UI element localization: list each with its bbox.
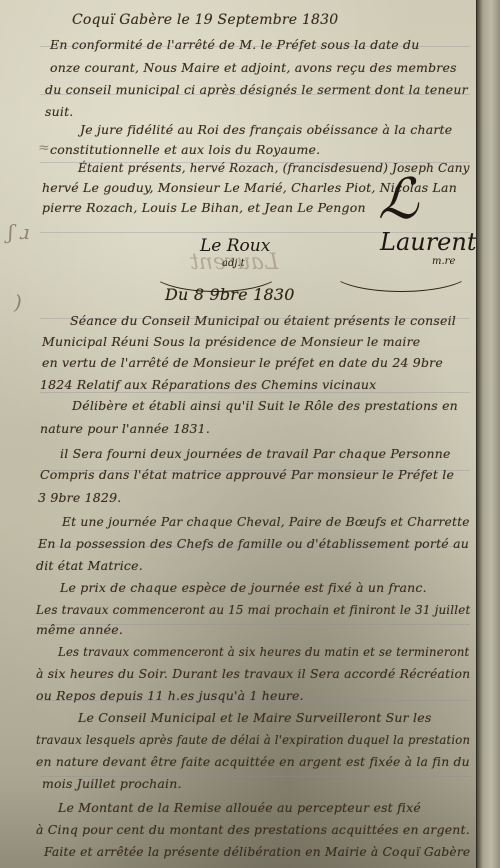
entry-1-line-7: constitutionnelle et aux lois du Royaume…	[50, 142, 320, 157]
entry-1-line-10: pierre Rozach, Louis Le Bihan, et Jean L…	[42, 200, 366, 215]
entry-1-line-4: du conseil municipal ci après désignés l…	[45, 82, 468, 97]
entry-1-line-1: Coquï Gabère le 19 Septembre 1830	[72, 12, 338, 28]
entry-2-line-23: Le Montant de la Remise allouée au perce…	[58, 800, 421, 815]
entry-2-line-10: Et une journée Par chaque Cheval, Paire …	[62, 514, 470, 529]
entry-2-line-17: à six heures du Soir. Durant les travaux…	[36, 666, 470, 681]
entry-2-line-22: mois Juillet prochain.	[42, 776, 182, 791]
entry-2-line-21: en nature devant être faite acquittée en…	[36, 754, 470, 769]
entry-2-line-1: Séance du Conseil Municipal ou étaient p…	[70, 313, 456, 328]
entry-2-line-19: Le Conseil Municipal et le Maire Surveil…	[78, 710, 431, 725]
entry-1-line-5: suit.	[45, 104, 73, 119]
register-page: Laurent ʃ ɹ ) ≈ Coquï Gabère le 19 Septe…	[0, 0, 478, 868]
entry-2-line-3: en vertu de l'arrêté de Monsieur le préf…	[42, 355, 443, 370]
entry-2-line-25: Faite et arrêtée la présente délibératio…	[44, 844, 470, 859]
margin-ink-mark: ≈	[38, 140, 50, 156]
entry-1-line-2: En conformité de l'arrêté de M. le Préfe…	[50, 37, 420, 52]
signature-flourish	[330, 250, 472, 292]
entry-2-line-2: Municipal Réuni Sous la présidence de Mo…	[42, 334, 420, 349]
entry-2-line-6: nature pour l'année 1831.	[40, 421, 210, 436]
entry-2-line-20: travaux lesquels après faute de délai à …	[36, 732, 470, 747]
entry-2-line-16: Les travaux commenceront à six heures du…	[58, 644, 469, 659]
entry-2-line-8: Compris dans l'état matrice approuvé Par…	[40, 467, 454, 482]
ruled-line	[40, 392, 470, 393]
entry-2-line-15: même année.	[36, 622, 123, 637]
entry-2-line-9: 3 9bre 1829.	[38, 490, 121, 505]
book-binding-gutter	[476, 0, 500, 868]
entry-2-line-11: En la possession des Chefs de famille ou…	[38, 536, 469, 551]
entry-2-line-4: 1824 Relatif aux Réparations des Chemins…	[40, 377, 376, 392]
signature-initial-l: ℒ	[378, 172, 418, 228]
entry-2-heading: Du 8 9bre 1830	[165, 285, 295, 304]
entry-2-line-5: Délibère et établi ainsi qu'il Suit le R…	[72, 398, 458, 413]
entry-2-line-13: Le prix de chaque espèce de journée est …	[60, 580, 427, 595]
entry-2-line-7: il Sera fourni deux journées de travail …	[60, 446, 451, 461]
entry-1-line-3: onze courant, Nous Maire et adjoint, avo…	[50, 60, 457, 75]
entry-1-line-6: Je jure fidélité au Roi des français obé…	[80, 122, 452, 137]
margin-ink-mark: )	[14, 290, 22, 314]
margin-ink-mark: ʃ ɹ	[8, 220, 30, 244]
entry-2-line-14: Les travaux commenceront au 15 mai proch…	[36, 602, 471, 617]
entry-2-line-12: dit état Matrice.	[36, 558, 143, 573]
entry-2-line-24: à Cinq pour cent du montant des prestati…	[36, 822, 470, 837]
entry-2-line-18: ou Repos depuis 11 h.es jusqu'à 1 heure.	[36, 688, 304, 703]
